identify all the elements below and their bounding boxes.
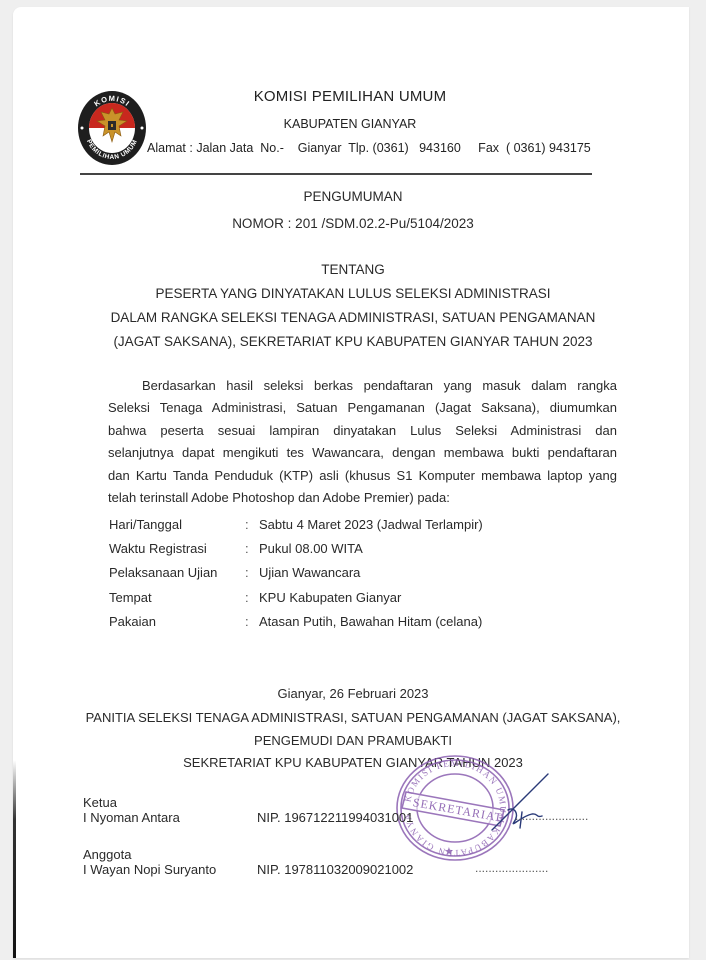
detail-value: Ujian Wawancara <box>259 565 483 589</box>
signatory-name: I Nyoman Antara <box>83 810 180 825</box>
institution-region: KABUPATEN GIANYAR <box>150 117 550 131</box>
page-edge-shadow <box>13 760 16 958</box>
subject-line: PESERTA YANG DINYATAKAN LULUS SELEKSI AD… <box>0 286 706 301</box>
body-line: Berdasarkan hasil seleksi berkas pendaft… <box>108 375 617 397</box>
signatory-role: Anggota <box>83 847 131 862</box>
detail-value: Atasan Putih, Bawahan Hitam (celana) <box>259 614 483 638</box>
detail-colon: : <box>245 590 259 614</box>
signatory-nip: NIP. 196712211994031001 <box>257 810 413 825</box>
detail-label: Tempat <box>109 590 245 614</box>
subject-line: DALAM RANGKA SELEKSI TENAGA ADMINISTRASI… <box>0 310 706 325</box>
detail-row: Pakaian : Atasan Putih, Bawahan Hitam (c… <box>109 614 483 638</box>
svg-text:★: ★ <box>444 846 454 858</box>
detail-row: Pelaksanaan Ujian : Ujian Wawancara <box>109 565 483 589</box>
place-date: Gianyar, 26 Februari 2023 <box>0 686 706 701</box>
detail-colon: : <box>245 565 259 589</box>
detail-row: Waktu Registrasi : Pukul 08.00 WITA <box>109 541 483 565</box>
body-line: bahwa peserta sesuai lampiran dinyatakan… <box>108 420 617 442</box>
detail-value: KPU Kabupaten Gianyar <box>259 590 483 614</box>
handwritten-signature-icon <box>462 770 562 840</box>
committee-line: PANITIA SELEKSI TENAGA ADMINISTRASI, SAT… <box>0 710 706 725</box>
body-line: dan Kartu Tanda Penduduk (KTP) asli (khu… <box>108 465 617 487</box>
detail-label: Waktu Registrasi <box>109 541 245 565</box>
detail-value: Pukul 08.00 WITA <box>259 541 483 565</box>
detail-colon: : <box>245 541 259 565</box>
detail-label: Hari/Tanggal <box>109 517 245 541</box>
document-title: PENGUMUMAN <box>0 189 706 204</box>
signatory-nip: NIP. 197811032009021002 <box>257 862 413 877</box>
detail-label: Pelaksanaan Ujian <box>109 565 245 589</box>
institution-name: KOMISI PEMILIHAN UMUM <box>150 88 550 105</box>
body-paragraph: Berdasarkan hasil seleksi berkas pendaft… <box>108 375 617 509</box>
detail-label: Pakaian <box>109 614 245 638</box>
signature-line: ...................... <box>515 809 588 823</box>
detail-colon: : <box>245 517 259 541</box>
committee-line: PENGEMUDI DAN PRAMUBAKTI <box>0 733 706 748</box>
letterhead-divider <box>80 173 592 175</box>
signatory-name: I Wayan Nopi Suryanto <box>83 862 216 877</box>
schedule-details: Hari/Tanggal : Sabtu 4 Maret 2023 (Jadwa… <box>109 517 483 638</box>
detail-row: Tempat : KPU Kabupaten Gianyar <box>109 590 483 614</box>
detail-colon: : <box>245 614 259 638</box>
signatory-role: Ketua <box>83 795 117 810</box>
kpu-logo-icon: KOMISI PEMILIHAN UMUM <box>77 90 147 166</box>
document-number: NOMOR : 201 /SDM.02.2-Pu/5104/2023 <box>0 216 706 231</box>
subject-label: TENTANG <box>0 262 706 277</box>
signature-line: ...................... <box>475 861 548 875</box>
body-line: selanjutnya dapat mengikuti tes Wawancar… <box>108 442 617 464</box>
detail-row: Hari/Tanggal : Sabtu 4 Maret 2023 (Jadwa… <box>109 517 483 541</box>
detail-value: Sabtu 4 Maret 2023 (Jadwal Terlampir) <box>259 517 483 541</box>
body-line: Seleksi Tenaga Administrasi, Satuan Peng… <box>108 397 617 419</box>
institution-address: Alamat : Jalan Jata No.- Gianyar Tlp. (0… <box>147 141 591 155</box>
body-line: telah terinstall Adobe Photoshop dan Ado… <box>108 487 617 509</box>
committee-line: SEKRETARIAT KPU KABUPATEN GIANYAR TAHUN … <box>0 755 706 770</box>
subject-line: (JAGAT SAKSANA), SEKRETARIAT KPU KABUPAT… <box>0 334 706 349</box>
